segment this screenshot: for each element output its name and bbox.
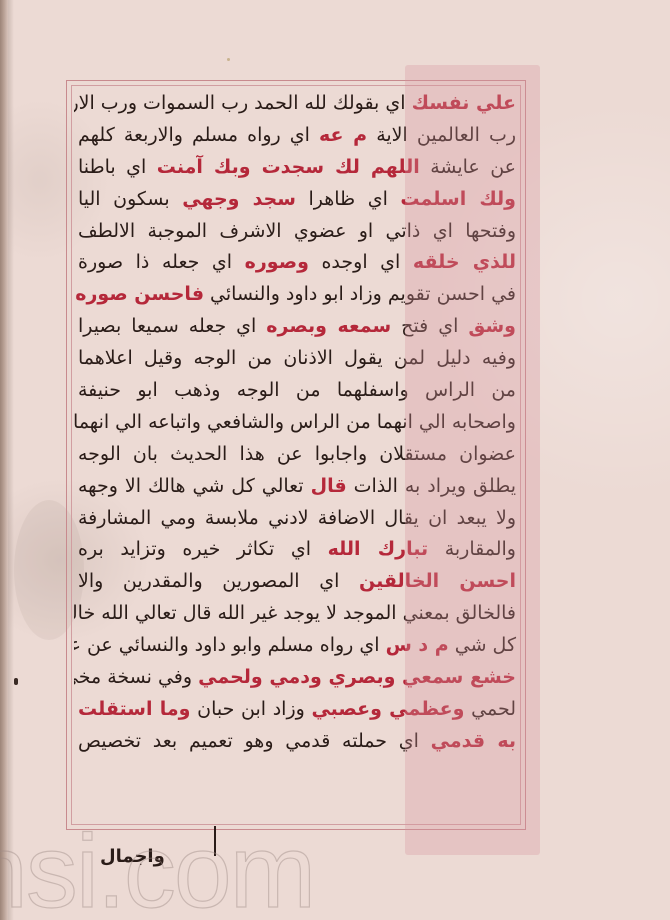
- body-text: وزاد ابن حبان: [190, 698, 311, 720]
- body-text: اي جعله سميعا بصيرا: [78, 315, 266, 337]
- rubricated-text: وما استقلت: [78, 698, 190, 720]
- ink-speck: [14, 678, 18, 685]
- highlight-overlay-box: [405, 65, 540, 855]
- body-text: اي ظاهرا: [296, 188, 400, 210]
- book-binding-edge: [0, 0, 8, 920]
- ink-speck: [227, 58, 230, 61]
- rubricated-text: فاحسن صوره: [75, 283, 204, 305]
- body-text: اي رواه مسلم وابو داود والنسائي عن علي: [74, 634, 386, 656]
- rubricated-text: وصوره: [245, 251, 309, 273]
- rubricated-text: سجد وجهي: [182, 188, 296, 210]
- gutter-shadow: [8, 0, 14, 920]
- rubricated-text: قال: [311, 475, 347, 497]
- body-text: اي المصورين والمقدرين والا: [78, 570, 359, 592]
- body-text: اي اوجده: [309, 251, 413, 273]
- body-text: اي حملته قدمي وهو تعميم بعد تخصيص: [78, 730, 431, 752]
- body-text: اي تكاثر خيره وتزايد بره: [78, 538, 328, 560]
- body-text: تعالي كل شي هالك الا وجهه: [78, 475, 311, 497]
- body-text: بسكون اليا: [78, 188, 182, 210]
- body-text: اي جعله ذا صورة: [78, 251, 245, 273]
- rubricated-text: سمعه وبصره: [266, 315, 391, 337]
- manuscript-page: علي نفسك اي بقولك لله الحمد رب السموات و…: [0, 0, 670, 920]
- body-text: وفي نسخة مخي بدل: [74, 666, 198, 688]
- rubricated-text: اللهم لك سجدت وبك آمنت: [157, 156, 420, 178]
- body-text: اي رواه مسلم والاربعة كلهم: [78, 124, 319, 146]
- watermark-text: nsi.com: [0, 820, 314, 920]
- body-text: اي باطنا: [78, 156, 157, 178]
- rubricated-text: م عه: [319, 124, 367, 146]
- body-text: اي بقولك لله الحمد رب السموات ورب الارض: [74, 92, 412, 114]
